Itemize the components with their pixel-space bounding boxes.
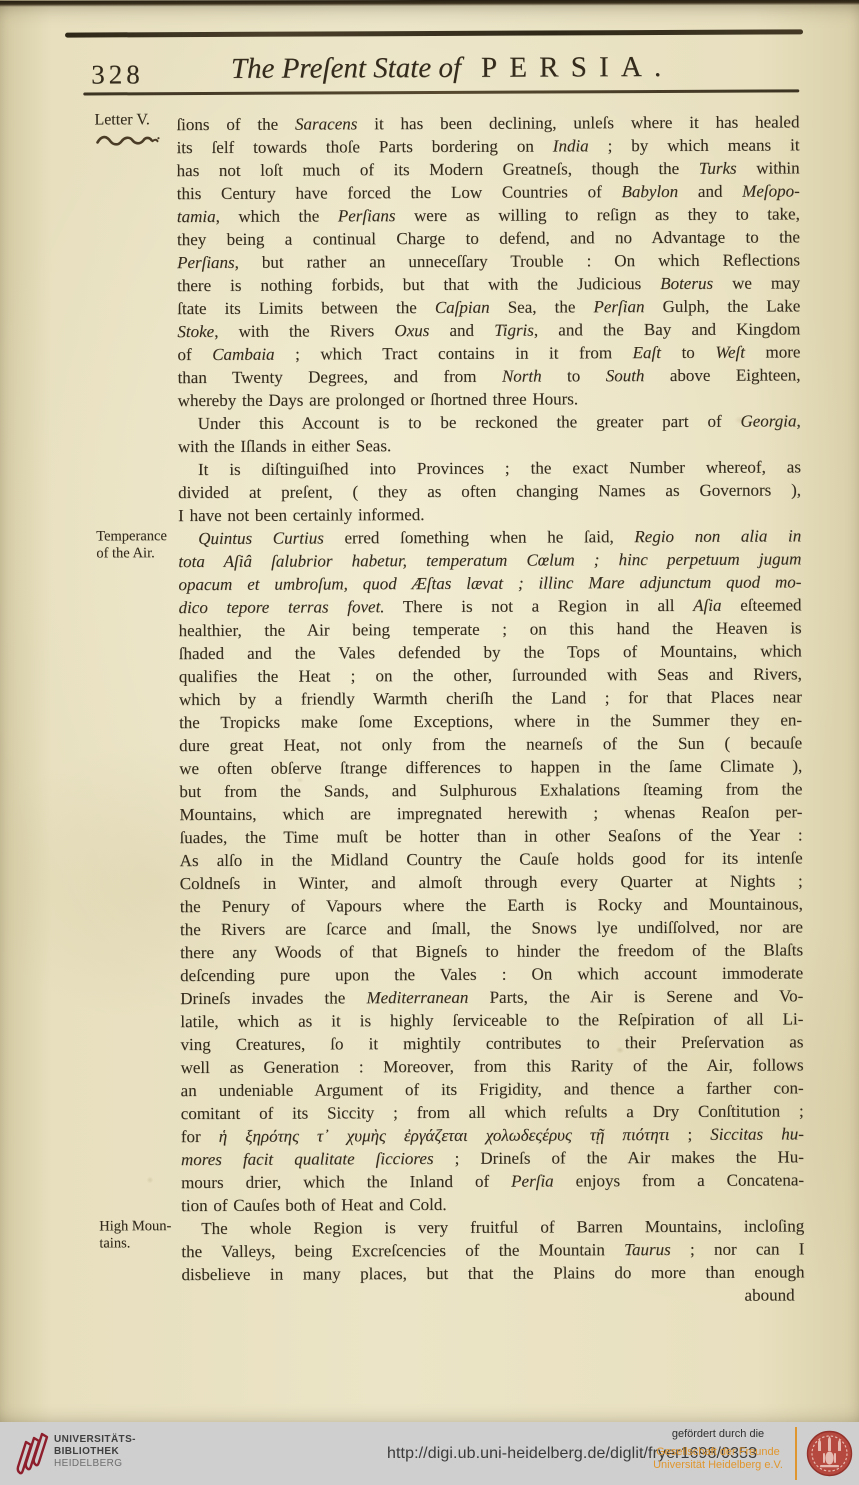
body-line: there any Woods of that Bigneſs to hinde… [180, 938, 803, 964]
body-line: I have not been certainly informed. [178, 501, 801, 527]
body-line: ſuades, the Time muſt be hotter than in … [179, 823, 802, 849]
body-line: but from the Sands, and Sulphurous Exhal… [179, 777, 802, 803]
body-line: healthier, the Air being temperate ; on … [179, 616, 802, 642]
body-line: we often obſerve ſtrange differences to … [179, 754, 802, 780]
body-line: mores facit qualitate ſicciores ; Drineſ… [181, 1145, 804, 1171]
body-line: an undeniable Argument of its Frigidity,… [181, 1076, 804, 1102]
body-line: comitant of its Siccity ; from all which… [181, 1099, 804, 1125]
body-line: Coldneſs in Winter, and almoſt through e… [180, 869, 803, 895]
body-line: Under this Account is to be reckoned the… [178, 409, 801, 435]
body-line: with the Iſlands in either Seas. [178, 432, 801, 458]
body-line: tion of Cauſes both of Heat and Cold. [181, 1191, 804, 1217]
running-title: The Preſent State of PERSIA. [172, 51, 732, 86]
parchment-page: 328 The Preſent State of PERSIA. Letter … [0, 0, 859, 1422]
body-line: mours drier, which the Inland of Perſia … [181, 1168, 804, 1194]
page-number: 328 [91, 59, 144, 90]
flourish-ornament-icon [95, 132, 159, 153]
ub-logo-line: UNIVERSITÄTS- [54, 1434, 136, 1446]
body-text: ſions of the Saracens it has been declin… [176, 110, 804, 1309]
body-line: for ἡ ξηρότης τ᾽ χυμὴς ἐργάζεται χολωδες… [181, 1122, 804, 1148]
body-line: whereby the Days are prolonged or ſhortn… [178, 386, 801, 412]
body-line: this Century have forced the Low Countri… [177, 179, 800, 205]
body-line: As alſo in the Midland Country the Cauſe… [180, 846, 803, 872]
body-line: they being a continual Charge to defend,… [177, 225, 800, 251]
funding-prefix: gefördert durch die [648, 1428, 788, 1440]
heidelberg-university-seal-icon [806, 1430, 853, 1482]
margin-note-line: Letter V. [94, 111, 174, 128]
digitization-footer-bar: UNIVERSITÄTS- BIBLIOTHEK HEIDELBERG http… [0, 1422, 859, 1485]
header-rule-thick [65, 29, 803, 37]
body-line: Drineſs invades the Mediterranean Parts,… [180, 984, 803, 1010]
body-line: qualifies the Heat ; on the other, ſurro… [179, 662, 802, 688]
printed-area: 328 The Preſent State of PERSIA. Letter … [0, 0, 859, 1424]
running-title-caps: PERSIA. [481, 51, 674, 84]
body-line: ving Creatures, ſo it mightily contribut… [180, 1030, 803, 1056]
footer-divider-line [795, 1427, 797, 1480]
funding-credit: gefördert durch die Gesellschaft der Fre… [648, 1428, 788, 1472]
body-line: the Rivers are ſcarce and ſmall, the Sno… [180, 915, 803, 941]
body-line: the Tropicks make ſome Exceptions, where… [179, 708, 802, 734]
body-line: the Valleys, being Excreſcencies of the … [181, 1237, 804, 1263]
funding-org-line: Gesellschaft der Freunde [648, 1446, 788, 1459]
margin-note-line: tains. [99, 1235, 179, 1252]
body-line: tamia, which the Perſians were as willin… [177, 202, 800, 228]
header-rule-thin [83, 89, 799, 95]
running-title-italic: The Preſent State of [231, 52, 461, 85]
body-line: than Twenty Degrees, and from North to S… [177, 363, 800, 389]
body-line: the Penury of Vapours where the Earth is… [180, 892, 803, 918]
body-line: It is diſtinguiſhed into Provinces ; the… [178, 455, 801, 481]
body-line: The whole Region is very fruitful of Bar… [181, 1214, 804, 1240]
body-line: has not loſt much of its Modern Greatneſ… [177, 156, 800, 182]
body-line: ſions of the Saracens it has been declin… [176, 110, 799, 136]
funding-org-line: Universität Heidelberg e.V. [648, 1459, 788, 1472]
body-line: Perſians, but rather an unneceſſary Trou… [177, 248, 800, 274]
body-line: deſcending pure upon the Vales : On whic… [180, 961, 803, 987]
margin-note-line: of the Air. [96, 545, 176, 562]
body-line: which by a friendly Warmth cheriſh the L… [179, 685, 802, 711]
catchword: abound [182, 1283, 805, 1309]
body-line: of Cambaia ; which Tract contains in it … [177, 340, 800, 366]
body-line: dure great Heat, not only from the nearn… [179, 731, 802, 757]
body-line: there is nothing forbids, but that with … [177, 271, 800, 297]
ub-logo-line: HEIDELBERG [54, 1458, 136, 1470]
margin-note-temperance: Temperance of the Air. [96, 528, 176, 562]
margin-note-line: Temperance [96, 528, 176, 545]
body-line: ſtate its Limits between the Caſpian Sea… [177, 294, 800, 320]
body-line: opacum et umbroſum, quod Æſtas lævat ; i… [178, 570, 801, 596]
body-line: Mountains, which are impregnated herewit… [179, 800, 802, 826]
body-line: its ſelf towards thoſe Parts bordering o… [176, 133, 799, 159]
body-line: well as Generation : Moreover, from this… [181, 1053, 804, 1079]
body-line: Quintus Curtius erred ſomething when he … [178, 524, 801, 550]
body-line: latile, which as it is highly ſerviceabl… [180, 1007, 803, 1033]
margin-note-line: High Moun- [99, 1218, 179, 1235]
body-line: tota Aſiâ ſalubrior habetur, temperatum … [178, 547, 801, 573]
scanned-book-page-viewer: 328 The Preſent State of PERSIA. Letter … [0, 0, 859, 1485]
body-line: ſhaded and the Vales defended by the Top… [179, 639, 802, 665]
margin-note-high-mountains: High Moun- tains. [99, 1218, 179, 1252]
body-line: disbelieve in many places, but that the … [181, 1260, 804, 1286]
ub-logo-text: UNIVERSITÄTS- BIBLIOTHEK HEIDELBERG [54, 1434, 136, 1470]
body-line: dico tepore terras fovet. There is not a… [178, 593, 801, 619]
ub-logo-line: BIBLIOTHEK [54, 1446, 136, 1458]
margin-note-letter: Letter V. [94, 111, 174, 128]
ub-heidelberg-books-logo-icon [14, 1429, 54, 1484]
body-line: Stoke, with the Rivers Oxus and Tigris, … [177, 317, 800, 343]
body-line: divided at preſent, ( they as often chan… [178, 478, 801, 504]
